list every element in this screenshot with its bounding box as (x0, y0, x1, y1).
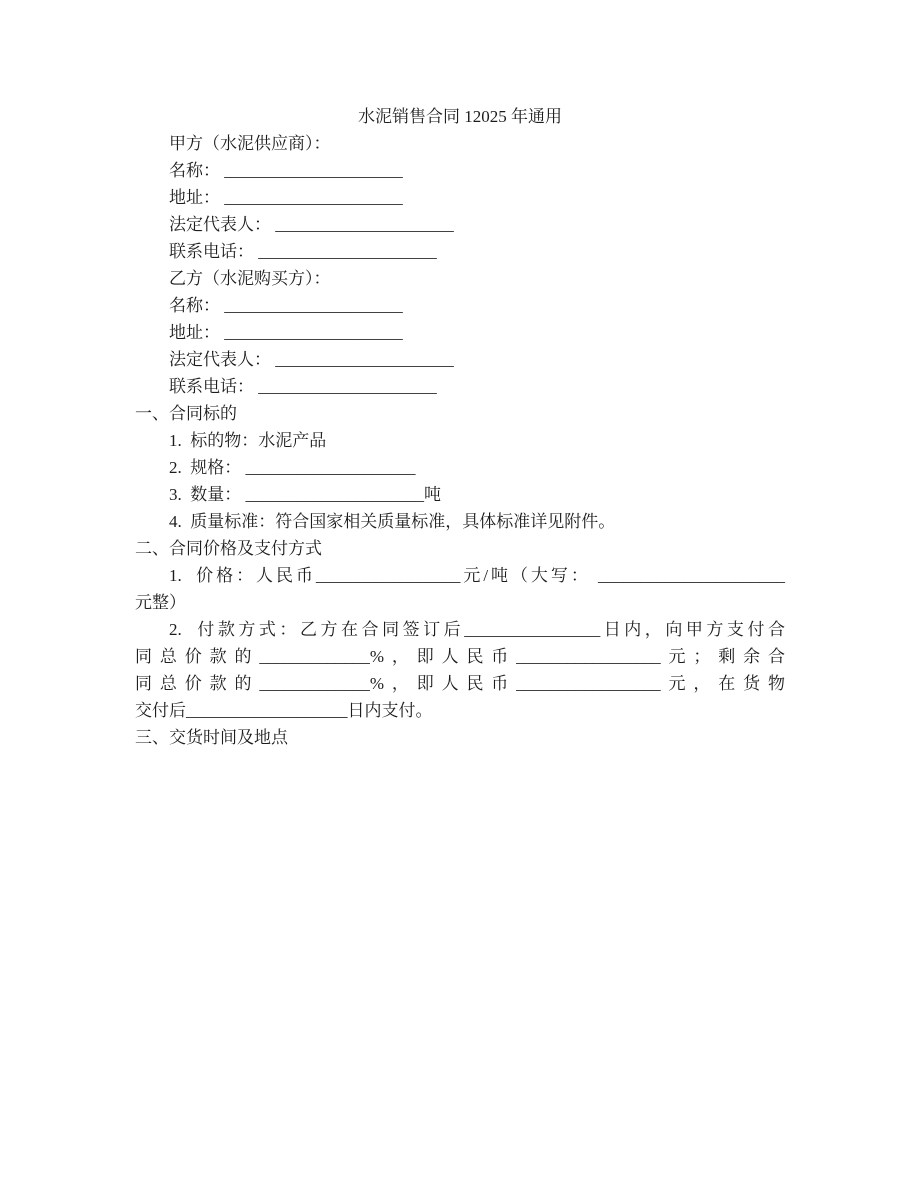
document-page: 水泥销售合同 12025 年通用 甲方（水泥供应商）： 名称： ________… (0, 0, 920, 1191)
section3-heading: 三、交货时间及地点 (135, 724, 785, 751)
section1-item-subject: 1. 标的物：水泥产品 (135, 427, 785, 454)
price-line-2: 元整） (135, 589, 785, 616)
section1-heading: 一、合同标的 (135, 400, 785, 427)
payment-line-3: 同总价款的_____________%，即人民币________________… (135, 670, 785, 697)
payment-line-1: 2. 付款方式：乙方在合同签订后________________日内，向甲方支付… (135, 616, 785, 643)
section2-heading: 二、合同价格及支付方式 (135, 535, 785, 562)
price-line-1: 1. 价格：人民币_________________元/吨（大写： ______… (135, 562, 785, 589)
party-a-heading: 甲方（水泥供应商）： (135, 130, 785, 157)
party-b-phone-line: 联系电话： _____________________ (135, 373, 785, 400)
payment-line-2: 同总价款的_____________%，即人民币________________… (135, 643, 785, 670)
document-title: 水泥销售合同 12025 年通用 (135, 103, 785, 130)
party-a-name-line: 名称： _____________________ (135, 157, 785, 184)
party-a-address-line: 地址： _____________________ (135, 184, 785, 211)
cement-sales-contract: 水泥销售合同 12025 年通用 甲方（水泥供应商）： 名称： ________… (0, 0, 920, 1191)
party-b-address-line: 地址： _____________________ (135, 319, 785, 346)
payment-line-4: 交付后___________________日内支付。 (135, 697, 785, 724)
party-b-legal-rep-line: 法定代表人： _____________________ (135, 346, 785, 373)
section1-item-spec: 2. 规格： ____________________ (135, 454, 785, 481)
party-b-name-line: 名称： _____________________ (135, 292, 785, 319)
party-b-heading: 乙方（水泥购买方）： (135, 265, 785, 292)
party-a-phone-line: 联系电话： _____________________ (135, 238, 785, 265)
party-a-legal-rep-line: 法定代表人： _____________________ (135, 211, 785, 238)
section1-item-quality: 4. 质量标准：符合国家相关质量标准，具体标准详见附件。 (135, 508, 785, 535)
section1-item-quantity: 3. 数量： _____________________吨 (135, 481, 785, 508)
